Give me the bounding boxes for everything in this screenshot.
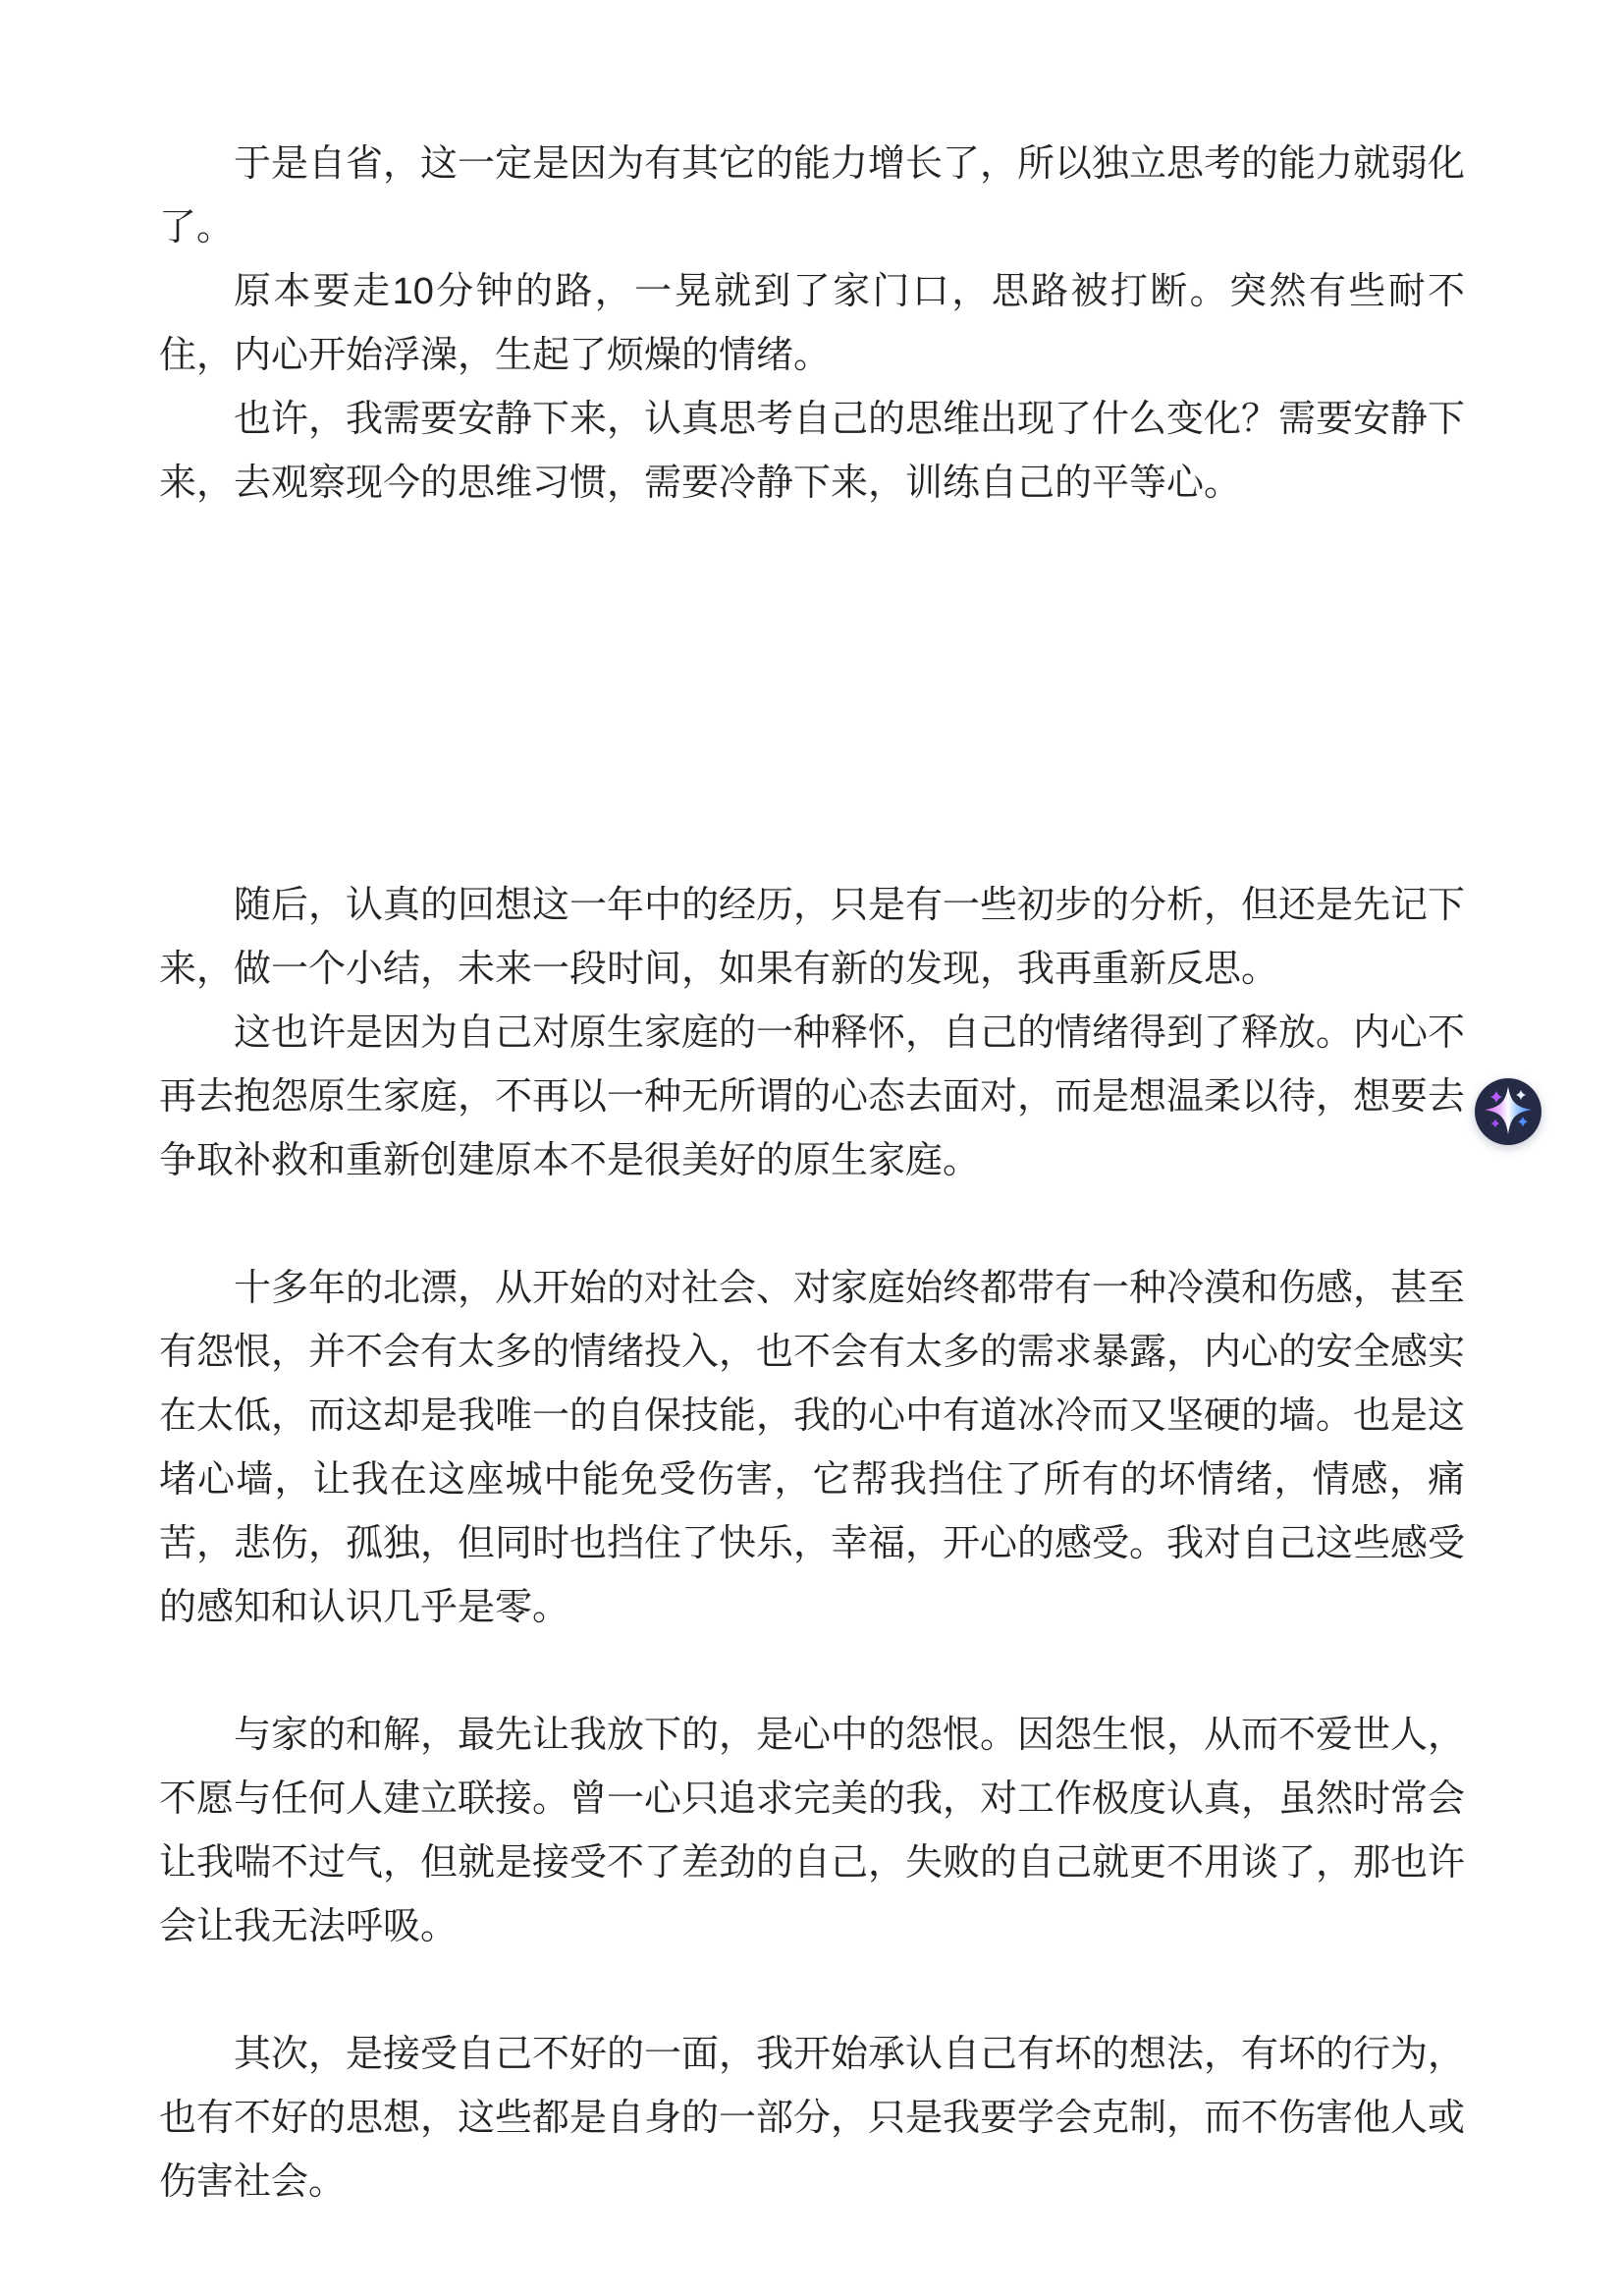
paragraph: 于是自省，这一定是因为有其它的能力增长了，所以独立思考的能力就弱化了。 [159, 133, 1465, 260]
paragraph: 十多年的北漂，从开始的对社会、对家庭始终都带有一种冷漠和伤感，甚至有怨恨，并不会… [159, 1257, 1465, 1640]
ai-assistant-button[interactable] [1475, 1078, 1541, 1145]
paragraph: 也许，我需要安静下来，认真思考自己的思维出现了什么变化？需要安静下来，去观察现今… [159, 388, 1465, 516]
document-page: 于是自省，这一定是因为有其它的能力增长了，所以独立思考的能力就弱化了。 原本要走… [0, 0, 1622, 2214]
paragraph: 与家的和解，最先让我放下的，是心中的怨恨。因怨生恨，从而不爱世人，不愿与任何人建… [159, 1704, 1465, 1959]
paragraph: 原本要走10分钟的路，一晃就到了家门口，思路被打断。突然有些耐不住，内心开始浮澡… [159, 260, 1465, 388]
paragraph: 随后，认真的回想这一年中的经历，只是有一些初步的分析，但还是先记下来，做一个小结… [159, 874, 1465, 1002]
empty-space [159, 516, 1465, 874]
paragraph: 其次，是接受自己不好的一面，我开始承认自己有坏的想法，有坏的行为，也有不好的思想… [159, 2023, 1465, 2214]
paragraph: 这也许是因为自己对原生家庭的一种释怀，自己的情绪得到了释放。内心不再去抱怨原生家… [159, 1002, 1465, 1193]
sparkle-star-icon [1475, 1078, 1541, 1145]
